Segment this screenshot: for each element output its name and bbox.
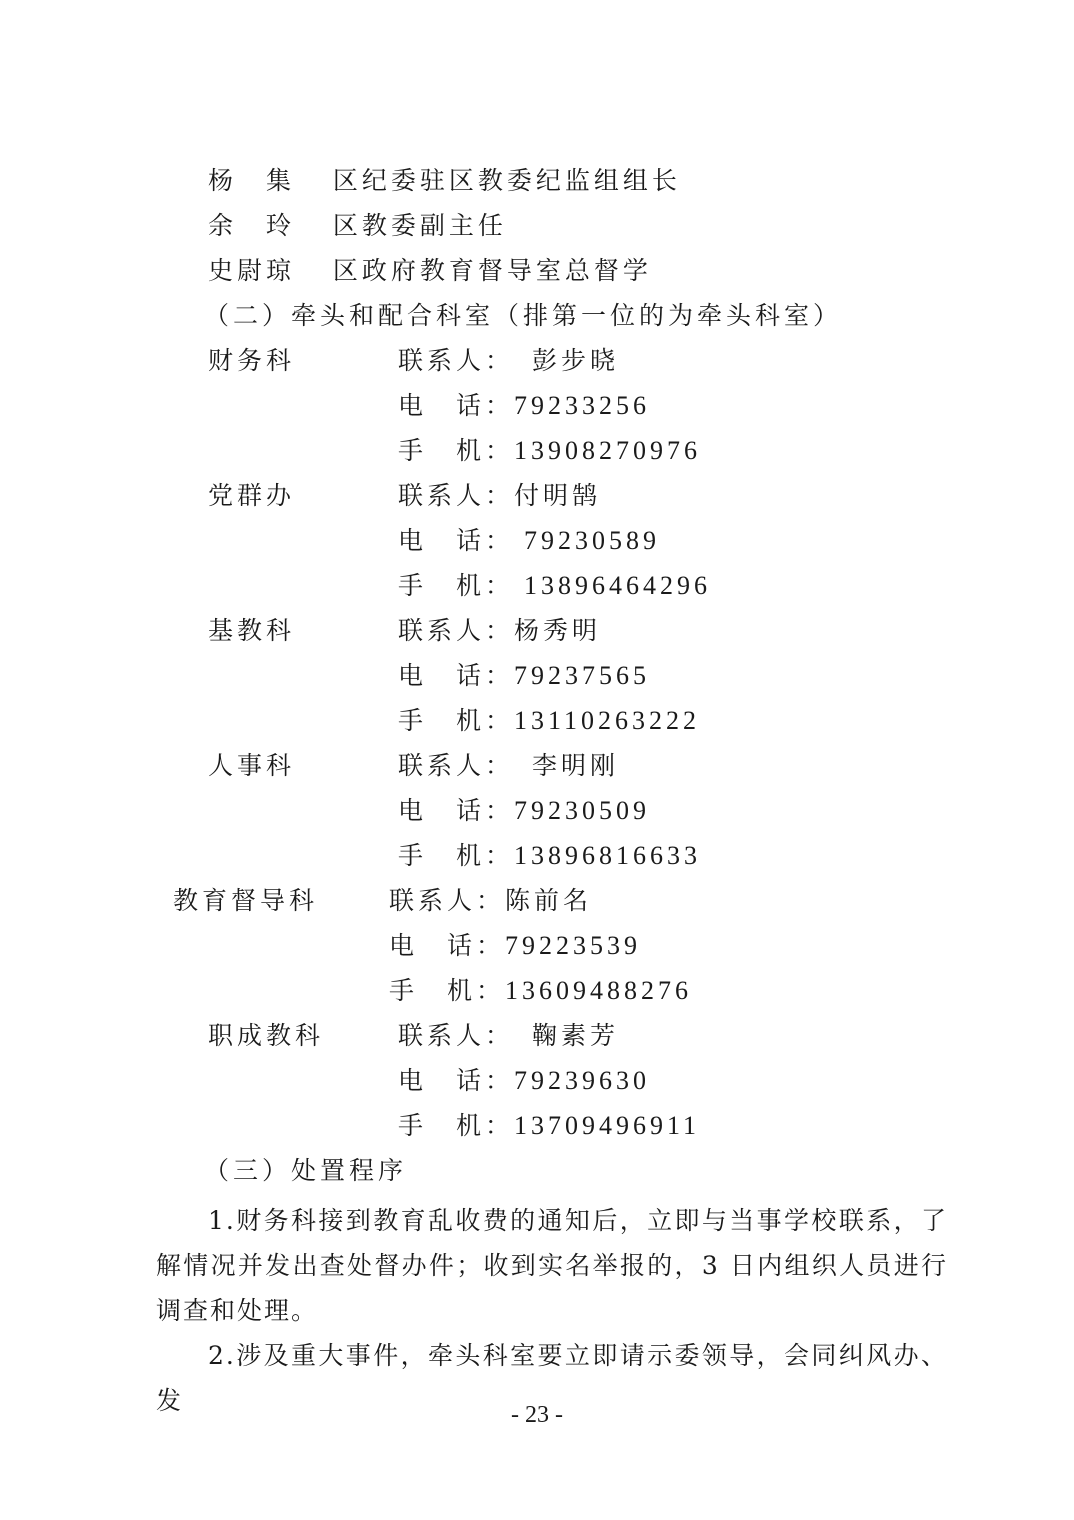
phone-value: 79237565 — [514, 661, 650, 690]
department-name: 教育督导科 — [173, 886, 318, 916]
member-row: 余 玲 区教委副主任 — [208, 211, 507, 241]
phone-label: 电 话： — [398, 391, 514, 420]
mobile-value: 13896464296 — [524, 571, 711, 600]
mobile-value: 13896816633 — [514, 841, 701, 870]
member-name: 史尉琼 — [208, 256, 295, 285]
mobile-label: 手 机： — [389, 976, 505, 1005]
member-title: 区教委副主任 — [333, 211, 507, 240]
contact-label: 联系人： — [398, 751, 514, 780]
member-name: 余 玲 — [208, 211, 295, 240]
contact-name: 杨秀明 — [514, 616, 601, 645]
contact-name: 鞠素芳 — [532, 1021, 619, 1050]
phone-value: 79230589 — [524, 526, 660, 555]
page-number: - 23 - — [0, 1400, 1074, 1430]
mobile-label: 手 机： — [398, 706, 514, 735]
department-name: 职成教科 — [208, 1021, 324, 1051]
mobile-row: 手 机：13908270976 — [398, 436, 701, 466]
member-name: 杨 集 — [208, 166, 295, 195]
mobile-row: 手 机：13609488276 — [389, 976, 692, 1006]
phone-row: 电 话：79233256 — [398, 391, 650, 421]
phone-row: 电 话：79230589 — [398, 526, 660, 556]
phone-label: 电 话： — [398, 796, 514, 825]
contact-row: 联系人：付明鹄 — [398, 481, 601, 511]
mobile-row: 手 机：13709496911 — [398, 1111, 700, 1141]
member-title: 区政府教育督导室总督学 — [333, 256, 652, 285]
department-name: 财务科 — [208, 346, 295, 376]
contact-row: 联系人：鞠素芳 — [398, 1021, 619, 1051]
section-heading: （三）处置程序 — [204, 1156, 407, 1186]
contact-label: 联系人： — [389, 886, 505, 915]
contact-name: 付明鹄 — [514, 481, 601, 510]
phone-row: 电 话：79237565 — [398, 661, 650, 691]
phone-value: 79230509 — [514, 796, 650, 825]
member-title: 区纪委驻区教委纪监组组长 — [333, 166, 681, 195]
phone-label: 电 话： — [398, 526, 514, 555]
member-row: 史尉琼 区政府教育督导室总督学 — [208, 256, 652, 286]
department-name: 基教科 — [208, 616, 295, 646]
phone-label: 电 话： — [398, 1066, 514, 1095]
mobile-label: 手 机： — [398, 436, 514, 465]
mobile-row: 手 机：13896464296 — [398, 571, 711, 601]
mobile-value: 13908270976 — [514, 436, 701, 465]
mobile-label: 手 机： — [398, 571, 514, 600]
contact-label: 联系人： — [398, 481, 514, 510]
contact-row: 联系人：彭步晓 — [398, 346, 619, 376]
phone-row: 电 话：79239630 — [398, 1066, 650, 1096]
mobile-value: 13709496911 — [514, 1111, 700, 1140]
department-name: 人事科 — [208, 751, 295, 781]
mobile-value: 13110263222 — [514, 706, 700, 735]
contact-name: 李明刚 — [532, 751, 619, 780]
mobile-label: 手 机： — [398, 1111, 514, 1140]
contact-name: 彭步晓 — [532, 346, 619, 375]
contact-row: 联系人：陈前名 — [389, 886, 592, 916]
mobile-value: 13609488276 — [505, 976, 692, 1005]
body-paragraph: 1.财务科接到教育乱收费的通知后，立即与当事学校联系，了解情况并发出查处督办件；… — [156, 1198, 948, 1333]
mobile-label: 手 机： — [398, 841, 514, 870]
contact-label: 联系人： — [398, 346, 514, 375]
phone-value: 79239630 — [514, 1066, 650, 1095]
section-heading: （二）牵头和配合科室（排第一位的为牵头科室） — [204, 301, 842, 331]
department-name: 党群办 — [208, 481, 295, 511]
contact-row: 联系人：李明刚 — [398, 751, 619, 781]
phone-value: 79223539 — [505, 931, 641, 960]
phone-row: 电 话：79223539 — [389, 931, 641, 961]
contact-label: 联系人： — [398, 616, 514, 645]
mobile-row: 手 机：13110263222 — [398, 706, 700, 736]
mobile-row: 手 机：13896816633 — [398, 841, 701, 871]
phone-value: 79233256 — [514, 391, 650, 420]
contact-name: 陈前名 — [505, 886, 592, 915]
phone-label: 电 话： — [398, 661, 514, 690]
contact-row: 联系人：杨秀明 — [398, 616, 601, 646]
phone-row: 电 话：79230509 — [398, 796, 650, 826]
phone-label: 电 话： — [389, 931, 505, 960]
member-row: 杨 集 区纪委驻区教委纪监组组长 — [208, 166, 681, 196]
contact-label: 联系人： — [398, 1021, 514, 1050]
